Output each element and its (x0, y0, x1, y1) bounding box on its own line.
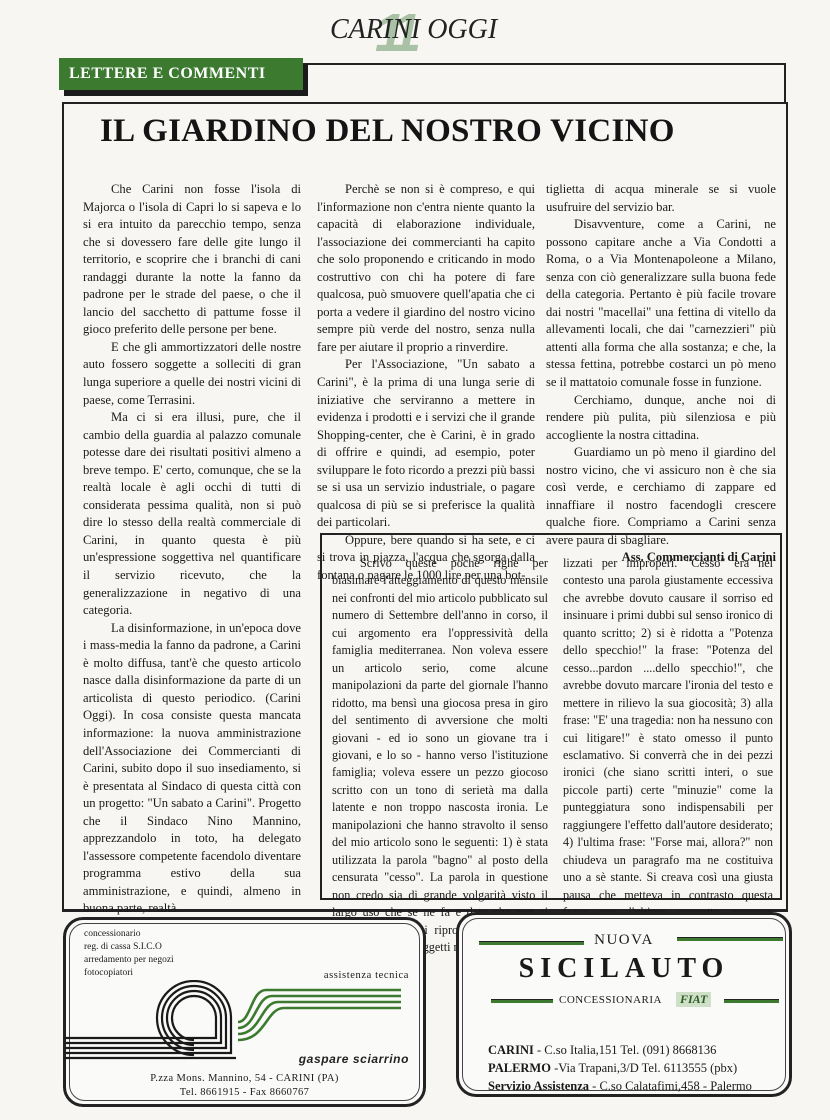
ad-sicilauto: NUOVA SICILAUTO CONCESSIONARIA FIAT CARI… (456, 912, 792, 1097)
section-label: LETTERE E COMMENTI (59, 58, 303, 90)
ad-nuova-label: NUOVA (459, 932, 789, 949)
fiat-logo: FIAT (676, 992, 711, 1007)
ad-concessionaria-label: CONCESSIONARIA (559, 994, 662, 1006)
contact-line: Servizio Assistenza - C.so Calatafimi,45… (488, 1077, 752, 1095)
publication-title: CARINI OGGI (330, 14, 497, 46)
service-item: arredamento per negozi (84, 954, 174, 967)
green-rule (491, 999, 553, 1003)
ad-contacts: CARINI - C.so Italia,151 Tel. (091) 8668… (488, 1041, 752, 1095)
phone-line: Tel. 8661915 - Fax 8660767 (66, 1086, 423, 1100)
green-rule (724, 999, 779, 1003)
contact-line: PALERMO -Via Trapani,3/D Tel. 6113555 (p… (488, 1059, 752, 1077)
paragraph: Cerchiamo, dunque, anche noi di rendere … (546, 392, 776, 445)
frame-divider (784, 63, 786, 103)
paragraph: Che Carini non fosse l'isola di Majorca … (83, 181, 301, 339)
article-headline: IL GIARDINO DEL NOSTRO VICINO (100, 113, 675, 150)
paragraph: E che gli ammortizzatori delle nostre au… (83, 339, 301, 409)
contact-line: CARINI - C.so Italia,151 Tel. (091) 8668… (488, 1041, 752, 1059)
ad-brand-name: gaspare sciarrino (299, 1052, 409, 1066)
paragraph: Ma ci si era illusi, pure, che il cambio… (83, 409, 301, 620)
paragraph: La disinformazione, in un'epoca dove i m… (83, 620, 301, 918)
ad-company-name: SICILAUTO (459, 953, 789, 985)
ad-address: P.zza Mons. Mannino, 54 - CARINI (PA) Te… (66, 1072, 423, 1100)
ad-sciarrino: concessionario reg. di cassa S.I.C.O arr… (63, 917, 426, 1107)
letter-column-1: Scrivo queste poche righe per biasimare … (332, 555, 548, 956)
paragraph: lizzati per improperi. "Cesso" era nel c… (563, 555, 773, 956)
paragraph: Perchè se non si è compreso, e qui l'inf… (317, 181, 535, 356)
frame-divider (303, 63, 784, 65)
service-item: reg. di cassa S.I.C.O (84, 941, 174, 954)
service-item: fotocopiatori (84, 967, 174, 980)
paragraph: Scrivo queste poche righe per biasimare … (332, 555, 548, 956)
article-column-3: tiglietta di acqua minerale se si vuole … (546, 181, 776, 567)
masthead: 11 CARINI OGGI (0, 0, 830, 60)
ad-services-list: concessionario reg. di cassa S.I.C.O arr… (84, 928, 174, 980)
address-line: P.zza Mons. Mannino, 54 - CARINI (PA) (66, 1072, 423, 1086)
paragraph: Disavventure, come a Carini, ne possono … (546, 216, 776, 391)
paragraph: tiglietta di acqua minerale se si vuole … (546, 181, 776, 216)
paragraph: Per l'Associazione, "Un sabato a Carini"… (317, 356, 535, 531)
article-column-2: Perchè se non si è compreso, e qui l'inf… (317, 181, 535, 585)
service-item: concessionario (84, 928, 174, 941)
